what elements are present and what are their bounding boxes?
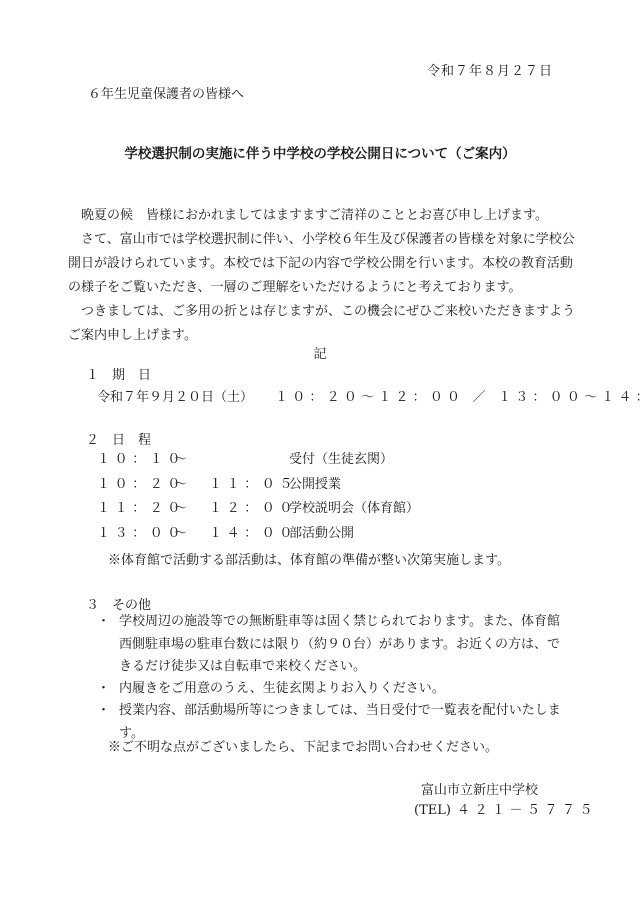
addressee: ６年生児童保護者の皆様へ	[88, 88, 244, 101]
purpose-paragraph: さて、富山市では学校選択制に伴い、小学校６年生及び保護者の皆様を対象に学校公開日…	[68, 228, 578, 300]
bullet-mark: ・	[97, 678, 110, 701]
event-date-line: 令和７年９月２０日（土）１０：２０～１２：００ ／ １３：００～１４：００	[97, 391, 640, 404]
schedule-start: １１：２０	[97, 502, 185, 515]
section-schedule-heading: ２ 日 程	[86, 434, 151, 447]
intro-paragraphs: 晩夏の候 皆様におかれましてはますますご清祥のこととお喜び申し上げます。 さて、…	[68, 204, 578, 348]
schedule-tilde: ～	[174, 502, 187, 515]
bullet-text: 内履きをご用意のうえ、生徒玄関よりお入りください。	[119, 678, 572, 701]
event-date: 令和７年９月２０日（土）	[97, 390, 253, 405]
schedule-tilde: ～	[174, 478, 187, 491]
schedule-activity: 部活動公開	[289, 527, 354, 540]
schedule-end: １１：０５	[209, 478, 297, 491]
tel-number: ４２１－５７７５	[457, 803, 597, 818]
bullet-item-parking: ・ 学校周辺の施設等での無断駐車等は固く禁じられております。また、体育館西側駐車…	[97, 611, 572, 679]
bullet-text: 学校周辺の施設等での無断駐車等は固く禁じられております。また、体育館西側駐車場の…	[119, 611, 572, 679]
schedule-activity: 受付（生徒玄関）	[289, 453, 393, 466]
schedule-end: １２：００	[209, 502, 297, 515]
school-name: 富山市立新庄中学校	[421, 784, 538, 797]
greeting-paragraph: 晩夏の候 皆様におかれましてはますますご清祥のこととお喜び申し上げます。	[68, 204, 578, 228]
contact-note: ※ご不明な点がございましたら、下記までお問い合わせください。	[108, 741, 498, 754]
bullet-item-handout: ・ 授業内容、部活動場所等につきましては、当日受付で一覧表を配付いたします。	[97, 700, 572, 745]
schedule-tilde: ～	[174, 453, 187, 466]
bullet-mark: ・	[97, 611, 110, 634]
issue-date: 令和７年８月２７日	[427, 65, 553, 78]
event-times: １０：２０～１２：００ ／ １３：００～１４：００	[275, 390, 640, 405]
school-phone: (TEL)４２１－５７７５	[414, 804, 597, 817]
schedule-tilde: ～	[174, 527, 187, 540]
gym-club-note: ※体育館で活動する部活動は、体育館の準備が整い次第実施します。	[108, 554, 510, 567]
ki-heading: 記	[0, 348, 640, 361]
schedule-start: １０：１０	[97, 453, 185, 466]
schedule-activity: 公開授業	[289, 478, 341, 491]
schedule-start: １３：００	[97, 527, 185, 540]
bullet-item-shoes: ・ 内履きをご用意のうえ、生徒玄関よりお入りください。	[97, 678, 572, 701]
invitation-paragraph: つきましては、ご多用の折とは存じますが、この機会にぜひご来校いただきますようご案…	[68, 300, 578, 348]
schedule-end: １４：００	[209, 527, 297, 540]
section-date-heading: １ 期 日	[86, 369, 151, 382]
tel-label: (TEL)	[414, 803, 451, 818]
bullet-mark: ・	[97, 700, 110, 723]
document-title: 学校選択制の実施に伴う中学校の学校公開日について（ご案内）	[0, 148, 640, 162]
schedule-start: １０：２０	[97, 478, 185, 491]
schedule-activity: 学校説明会（体育館）	[289, 502, 419, 515]
bullet-text: 授業内容、部活動場所等につきましては、当日受付で一覧表を配付いたします。	[119, 700, 572, 745]
